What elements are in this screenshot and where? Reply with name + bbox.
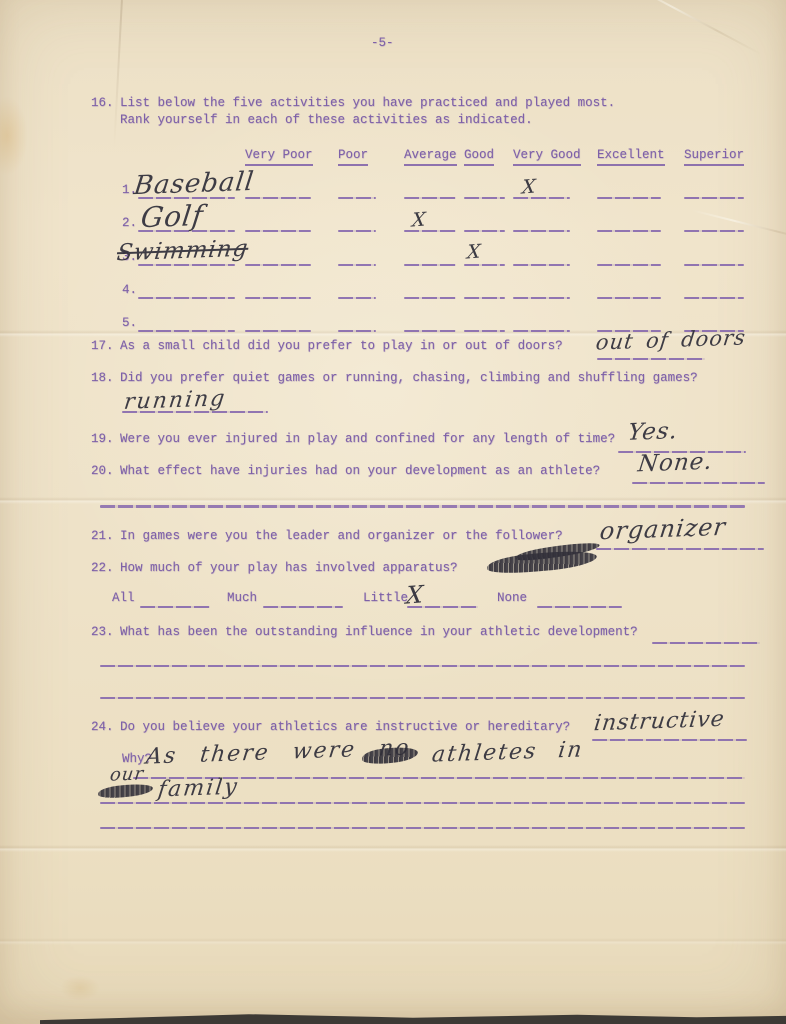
paper-fold — [0, 497, 786, 504]
q22-little-checkmark: X — [405, 580, 424, 609]
rating-cell-blank — [338, 230, 376, 232]
rating-cell-blank — [404, 297, 456, 299]
q18-text: Did you prefer quiet games or running, c… — [120, 371, 698, 386]
q22-option-none-blank — [537, 606, 622, 608]
scan-bottom-edge — [40, 1010, 786, 1024]
rating-cell-blank — [464, 197, 505, 199]
q21-number: 21. — [91, 529, 114, 544]
q20-number: 20. — [91, 464, 114, 479]
q22-option-little-label: Little — [363, 591, 408, 606]
rating-cell-blank — [338, 197, 376, 199]
activity-name-blank — [138, 330, 235, 332]
rating-column-header-excellent: Excellent — [597, 148, 665, 166]
q16-number: 16. — [91, 96, 114, 111]
activity-row-1: 1. — [0, 183, 786, 217]
q21-text: In games were you the leader and organiz… — [120, 529, 563, 544]
rating-cell-blank — [513, 297, 570, 299]
rating-cell-blank — [597, 264, 661, 266]
rating-cell-blank — [245, 264, 311, 266]
q24-why-line-3 — [100, 827, 745, 829]
q22-option-none-label: None — [497, 591, 527, 606]
q24-why-line-2 — [100, 802, 745, 804]
handwritten-activity-baseball: Baseball — [132, 167, 256, 201]
rating-cell-blank — [245, 330, 311, 332]
q18-number: 18. — [91, 371, 114, 386]
rating-column-header-very-good: Very Good — [513, 148, 581, 166]
q18-handwritten-answer: running — [122, 386, 227, 415]
rating-column-header-poor: Poor — [338, 148, 368, 166]
paper-fold — [0, 845, 786, 852]
q19-text: Were you ever injured in play and confin… — [120, 432, 615, 447]
q20-handwritten-answer: None. — [636, 449, 714, 478]
q22-option-much-blank — [263, 606, 343, 608]
q23-answer-blank-short — [652, 642, 760, 644]
handwritten-activity-swimming: Swimming — [115, 236, 249, 267]
rating-cell-blank — [597, 230, 661, 232]
scanned-questionnaire-page: -5- 16. List below the five activities y… — [0, 0, 786, 1024]
rating-cell-blank — [245, 197, 311, 199]
q24-why-handwritten-line1-part2: athletes in — [431, 737, 586, 767]
rating-column-header-very-poor: Very Poor — [245, 148, 313, 166]
rating-cell-blank — [597, 297, 661, 299]
rating-cell-blank — [464, 330, 505, 332]
q19-number: 19. — [91, 432, 114, 447]
q24-handwritten-answer: instructive — [592, 707, 726, 737]
q17-handwritten-answer: out of doors — [595, 325, 748, 354]
q22-option-all-blank — [140, 606, 210, 608]
rating-cell-blank — [684, 264, 744, 266]
rating-cell-blank — [338, 297, 376, 299]
handwritten-activity-golf: Golf — [139, 199, 206, 234]
q20-text: What effect have injuries had on your de… — [120, 464, 600, 479]
activity-name-blank — [138, 297, 235, 299]
q24-answer-blank — [592, 739, 747, 741]
rating-mark-golf-average: X — [411, 208, 426, 231]
row-number: 5. — [122, 316, 137, 331]
rating-cell-blank — [684, 230, 744, 232]
activity-row-4: 4. — [0, 283, 786, 317]
q22-text: How much of your play has involved appar… — [120, 561, 458, 576]
paper-stain — [0, 96, 28, 176]
q24-why-handwritten-line2: family — [156, 775, 240, 803]
q19-handwritten-answer: Yes. — [626, 418, 679, 446]
rating-cell-blank — [245, 297, 311, 299]
q24-number: 24. — [91, 720, 114, 735]
rating-column-header-good: Good — [464, 148, 494, 166]
section-separator-line — [100, 505, 745, 508]
rating-column-header-superior: Superior — [684, 148, 744, 166]
rating-cell-blank — [597, 197, 661, 199]
rating-cell-blank — [404, 197, 456, 199]
paper-stain — [60, 975, 100, 1001]
q24-why-handwritten-insertion-our: our — [109, 763, 146, 785]
q23-answer-line-2 — [100, 697, 745, 699]
scratched-out-word — [98, 783, 154, 800]
paper-crease — [628, 0, 761, 55]
q20-answer-blank — [632, 482, 765, 484]
rating-cell-blank — [513, 264, 570, 266]
rating-cell-blank — [684, 197, 744, 199]
q23-text: What has been the outstanding influence … — [120, 625, 638, 640]
rating-cell-blank — [404, 264, 456, 266]
q22-option-much-label: Much — [227, 591, 257, 606]
rating-cell-blank — [464, 230, 505, 232]
q16-prompt-line1: List below the five activities you have … — [120, 96, 615, 111]
q22-option-all-label: All — [112, 591, 135, 606]
q24-text: Do you believe your athletics are instru… — [120, 720, 570, 735]
row-number: 2. — [122, 216, 137, 231]
rating-cell-blank — [338, 330, 376, 332]
q16-prompt-line2: Rank yourself in each of these activitie… — [120, 113, 533, 128]
q23-number: 23. — [91, 625, 114, 640]
rating-column-header-average: Average — [404, 148, 457, 166]
paper-fold — [0, 938, 786, 945]
q17-answer-blank — [597, 358, 705, 360]
q22-number: 22. — [91, 561, 114, 576]
row-number: 4. — [122, 283, 137, 298]
page-number: -5- — [371, 36, 394, 51]
q21-answer-blank — [596, 548, 764, 550]
q23-answer-line-1 — [100, 665, 745, 667]
q17-number: 17. — [91, 339, 114, 354]
rating-cell-blank — [404, 330, 456, 332]
q17-text: As a small child did you prefer to play … — [120, 339, 563, 354]
rating-cell-blank — [513, 330, 570, 332]
rating-cell-blank — [464, 297, 505, 299]
rating-mark-swimming-good: X — [466, 240, 481, 263]
rating-cell-blank — [338, 264, 376, 266]
rating-cell-blank — [245, 230, 311, 232]
rating-cell-blank — [513, 230, 570, 232]
rating-mark-baseball-very-good: X — [521, 175, 536, 198]
rating-cell-blank — [684, 297, 744, 299]
rating-cell-blank — [464, 264, 505, 266]
q21-handwritten-answer: organizer — [598, 513, 727, 546]
